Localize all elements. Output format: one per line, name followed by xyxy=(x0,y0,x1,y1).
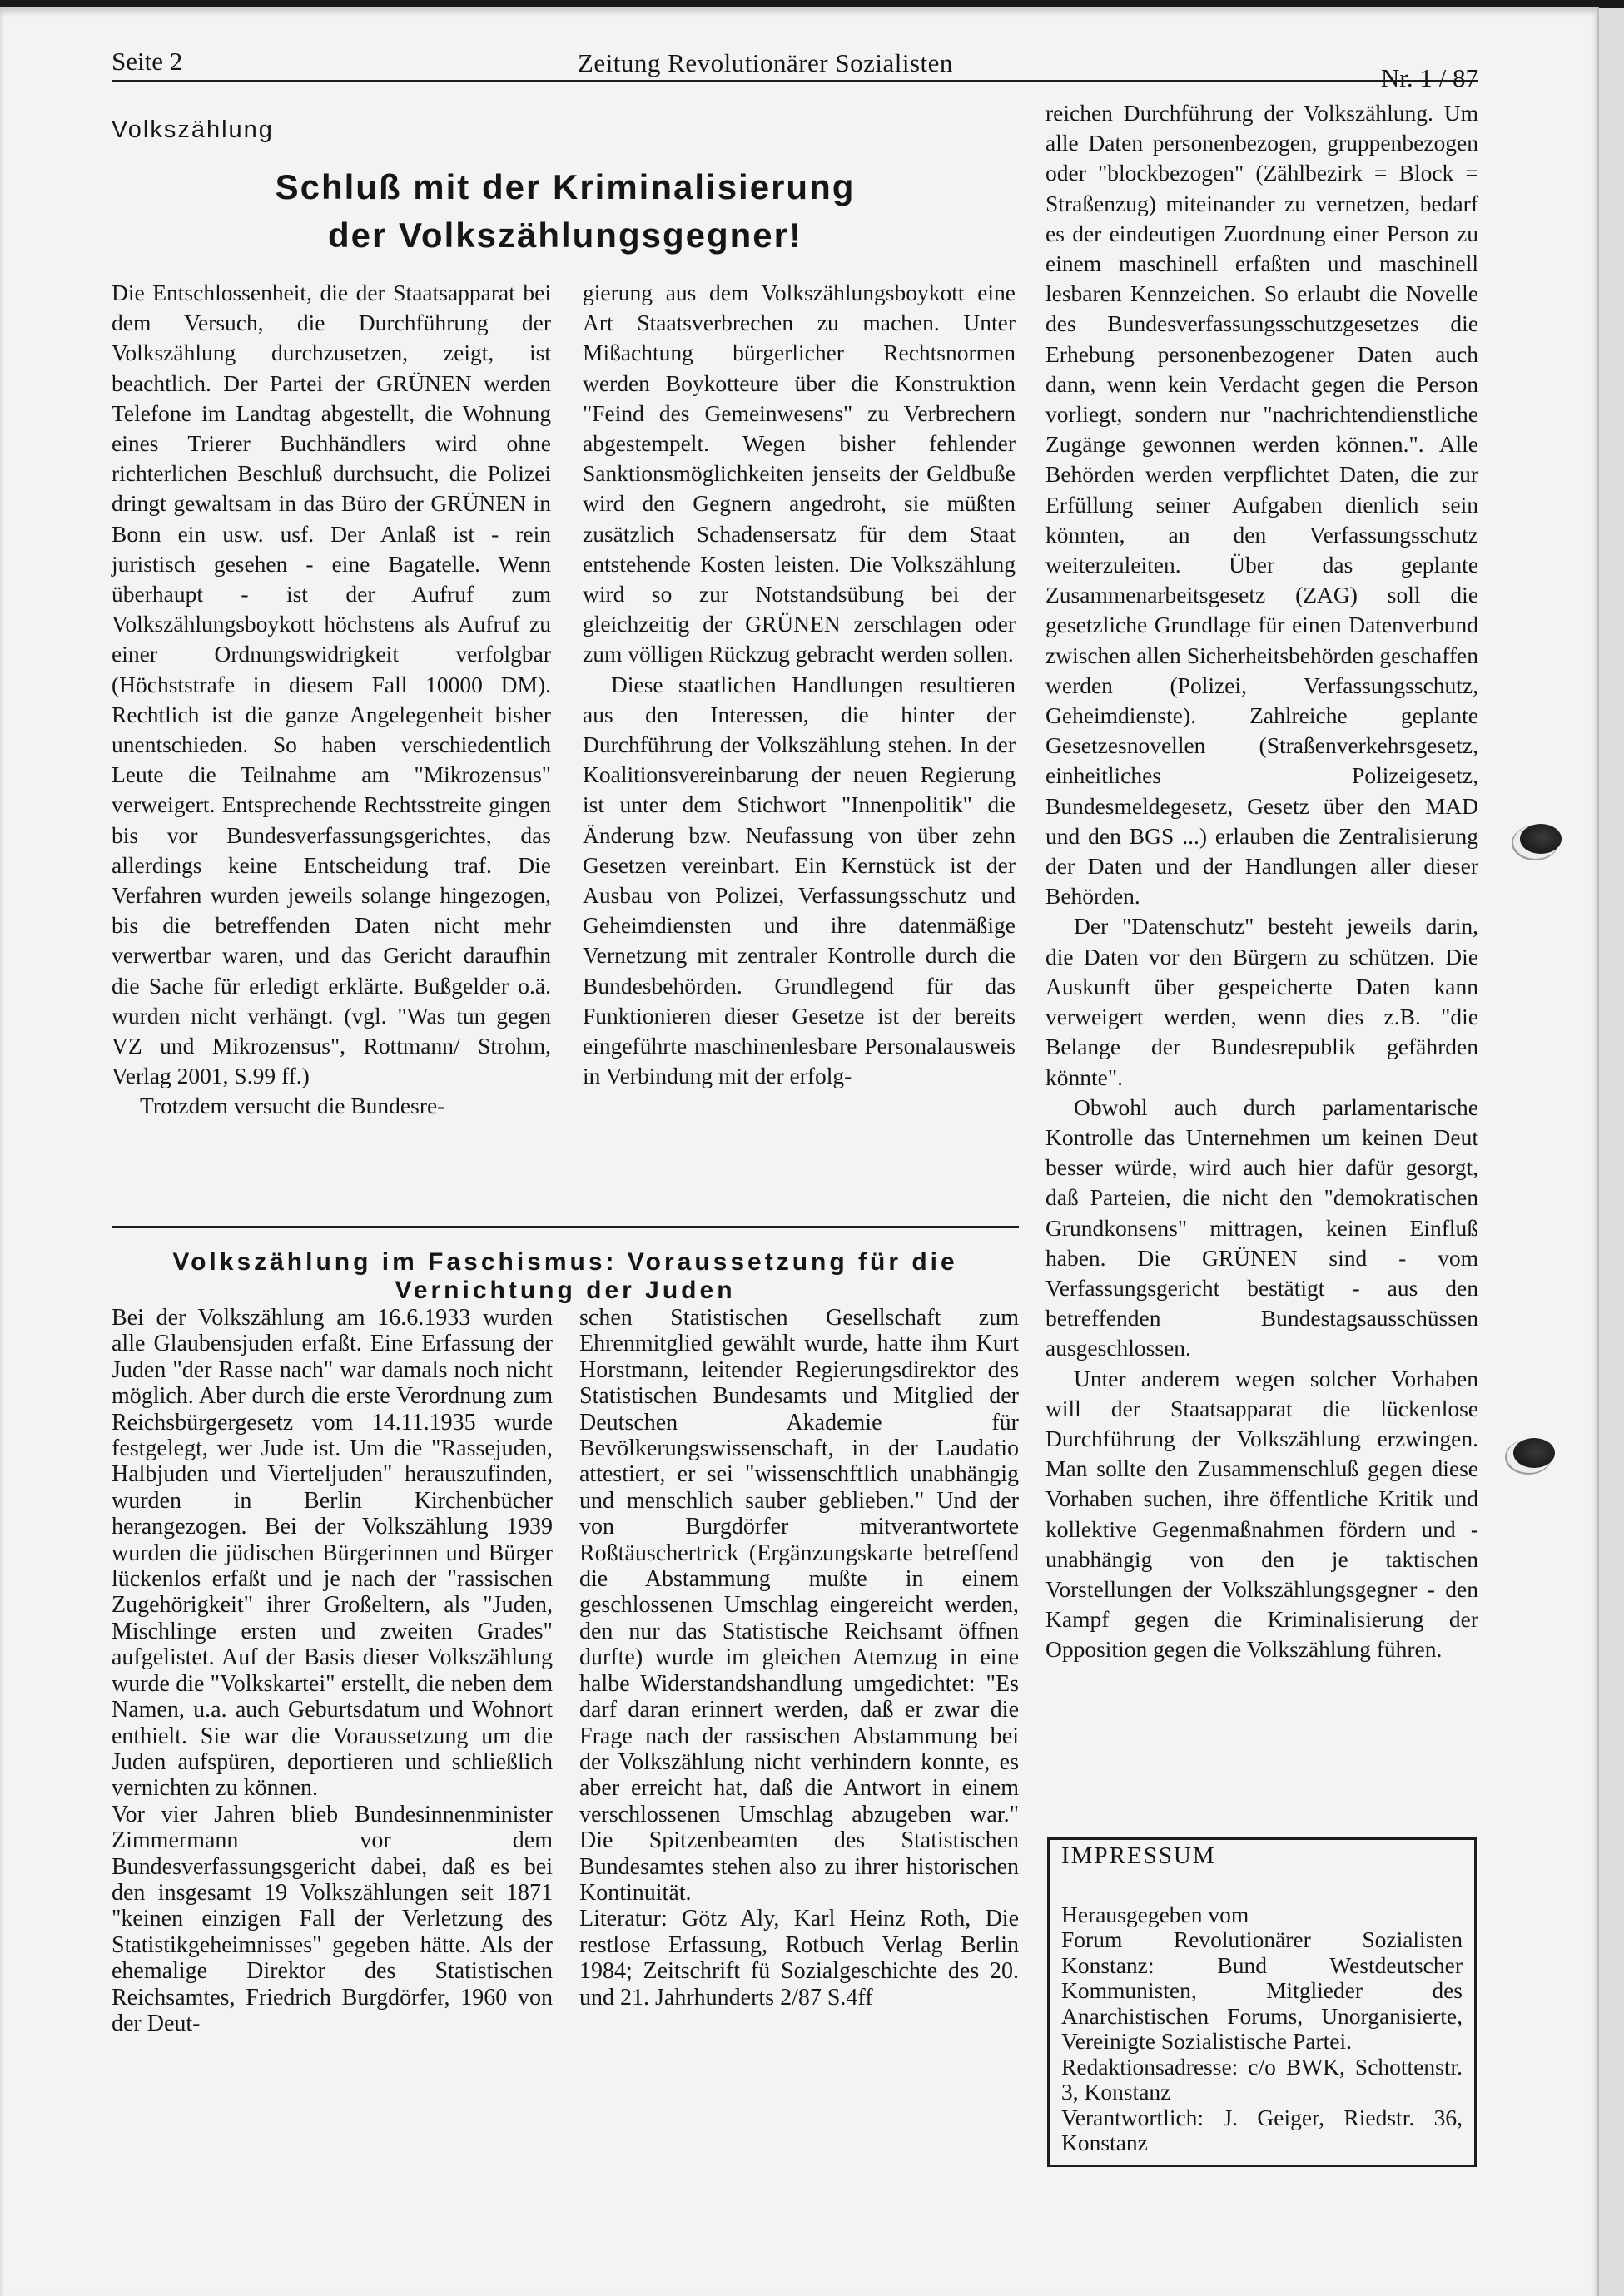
sub-headline-line-2: Vernichtung der Juden xyxy=(112,1277,1019,1305)
impressum-address: Redaktionsadresse: c/o BWK, Schottenstr.… xyxy=(1061,2055,1463,2105)
impressum-title: IMPRESSUM xyxy=(1061,1843,1463,1869)
article-column-1: Die Entschlossenheit, die der Staatsappa… xyxy=(112,278,551,1122)
impressum-responsible: Verantwortlich: J. Geiger, Riedstr. 36, … xyxy=(1061,2105,1463,2156)
impressum-intro: Herausgegeben vom xyxy=(1061,1902,1463,1928)
sidebar-article-column-2: schen Statistischen Gesellschaft zum Ehr… xyxy=(579,1305,1019,2011)
paragraph: Obwohl auch durch parlamentarische Kontr… xyxy=(1045,1093,1478,1364)
paragraph: gierung aus dem Volkszählungsboykott ein… xyxy=(583,278,1016,670)
paragraph: Die Entschlossenheit, die der Staatsappa… xyxy=(112,278,551,1091)
section-label: Volkszählung xyxy=(112,117,274,144)
paragraph: Trotzdem versucht die Bundesre- xyxy=(112,1091,551,1121)
sidebar-article-headline: Volkszählung im Faschismus: Voraussetzun… xyxy=(112,1248,1019,1305)
page-header: Seite 2 Zeitung Revolutionärer Sozialist… xyxy=(112,43,1478,82)
impressum-box: IMPRESSUM Herausgegeben vom Forum Revolu… xyxy=(1047,1837,1477,2167)
punch-hole-icon xyxy=(1513,1438,1555,1468)
sub-headline-line-1: Volkszählung im Faschismus: Voraussetzun… xyxy=(112,1248,1019,1277)
paragraph: Der "Datenschutz" besteht jeweils darin,… xyxy=(1045,911,1478,1092)
article-column-2: gierung aus dem Volkszählungsboykott ein… xyxy=(583,278,1016,1091)
issue-number: Nr. 1 / 87 xyxy=(1381,63,1478,93)
section-divider xyxy=(112,1226,1019,1228)
article-headline: Schluß mit der Kriminalisierung der Volk… xyxy=(112,163,1019,260)
punch-hole-icon xyxy=(1520,824,1562,854)
sidebar-article-column-1: Bei der Volkszählung am 16.6.1933 wurden… xyxy=(112,1305,553,2036)
headline-line-2: der Volkszählungsgegner! xyxy=(112,211,1019,260)
headline-line-1: Schluß mit der Kriminalisierung xyxy=(112,163,1019,211)
paragraph: Diese staatlichen Handlungen resultieren… xyxy=(583,670,1016,1092)
paragraph: Unter anderem wegen solcher Vorhaben wil… xyxy=(1045,1364,1478,1665)
paragraph: schen Statistischen Gesellschaft zum Ehr… xyxy=(579,1305,1019,1906)
paragraph: reichen Durchführung der Volkszählung. U… xyxy=(1045,98,1478,911)
page-number: Seite 2 xyxy=(112,47,182,77)
publication-title: Zeitung Revolutionärer Sozialisten xyxy=(578,48,953,78)
article-column-3: reichen Durchführung der Volkszählung. U… xyxy=(1045,98,1478,1665)
paragraph: Bei der Volkszählung am 16.6.1933 wurden… xyxy=(112,1305,553,1802)
impressum-publisher: Forum Revolutionärer Sozialisten Konstan… xyxy=(1061,1927,1463,2055)
literature-reference: Literatur: Götz Aly, Karl Heinz Roth, Di… xyxy=(579,1906,1019,2011)
paragraph: Vor vier Jahren blieb Bundesinnenministe… xyxy=(112,1802,553,2037)
